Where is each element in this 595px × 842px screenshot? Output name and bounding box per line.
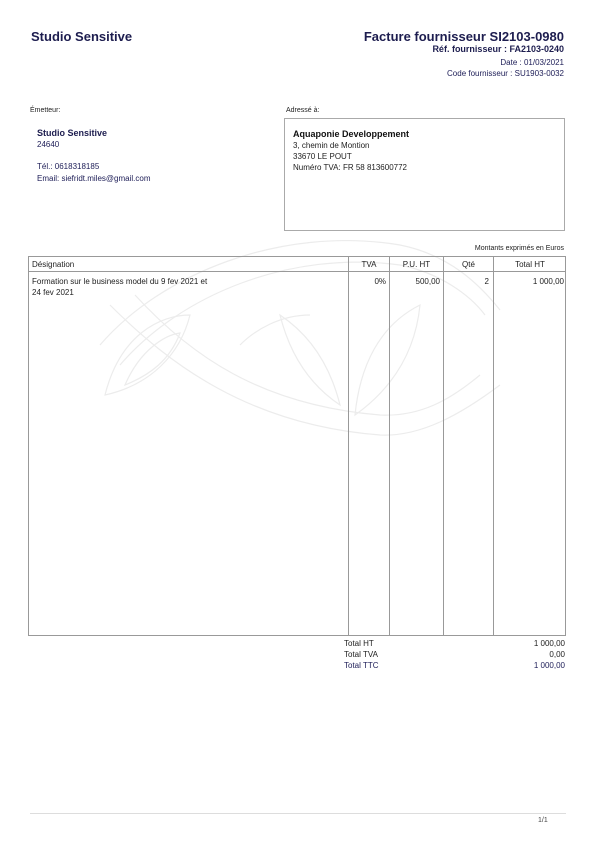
total-tva-label: Total TVA: [344, 650, 378, 659]
footer-divider: [30, 813, 566, 814]
sender-zip: 24640: [37, 140, 59, 149]
recipient-address-line: 3, chemin de Montion: [293, 141, 370, 150]
row-tva: 0%: [349, 277, 386, 286]
recipient-label: Adressé à:: [286, 107, 319, 114]
column-header-qty: Qté: [444, 260, 493, 269]
column-divider: [493, 257, 494, 635]
column-divider: [443, 257, 444, 635]
row-designation: 24 fev 2021: [32, 288, 74, 297]
column-divider: [389, 257, 390, 635]
row-designation: Formation sur le business model du 9 fev…: [32, 277, 207, 286]
column-header-tva: TVA: [349, 260, 389, 269]
recipient-address-line: 33670 LE POUT: [293, 152, 352, 161]
total-ttc-label: Total TTC: [344, 661, 379, 670]
supplier-reference: Réf. fournisseur : FA2103-0240: [432, 44, 564, 54]
column-header-total-ht: Total HT: [494, 260, 566, 269]
column-header-unit-price: P.U. HT: [390, 260, 443, 269]
recipient-block: Aquaponie Developpement 3, chemin de Mon…: [284, 118, 565, 231]
sender-email: Email: siefridt.miles@gmail.com: [37, 174, 150, 183]
currency-note: Montants exprimés en Euros: [475, 245, 564, 252]
column-header-designation: Désignation: [32, 260, 74, 269]
invoice-lines-table: Désignation TVA P.U. HT Qté Total HT For…: [28, 256, 566, 636]
recipient-name: Aquaponie Developpement: [293, 129, 409, 139]
column-divider: [348, 257, 349, 635]
row-total-ht: 1 000,00: [494, 277, 564, 286]
invoice-date: Date : 01/03/2021: [500, 58, 564, 67]
supplier-code: Code fournisseur : SU1903-0032: [447, 69, 564, 78]
total-ht-value: 1 000,00: [534, 639, 565, 648]
sender-name: Studio Sensitive: [37, 128, 107, 138]
sender-phone: Tél.: 0618318185: [37, 162, 99, 171]
row-qty: 2: [444, 277, 489, 286]
sender-block: Studio Sensitive 24640 Tél.: 0618318185 …: [31, 118, 281, 230]
total-tva-value: 0,00: [549, 650, 565, 659]
invoice-title: Facture fournisseur SI2103-0980: [364, 29, 564, 44]
page-number: 1/1: [538, 817, 548, 824]
row-unit-price: 500,00: [390, 277, 440, 286]
company-name: Studio Sensitive: [31, 29, 132, 44]
recipient-vat-number: Numéro TVA: FR 58 813600772: [293, 163, 407, 172]
sender-label: Émetteur:: [30, 107, 60, 114]
total-ttc-value: 1 000,00: [534, 661, 565, 670]
total-ht-label: Total HT: [344, 639, 374, 648]
